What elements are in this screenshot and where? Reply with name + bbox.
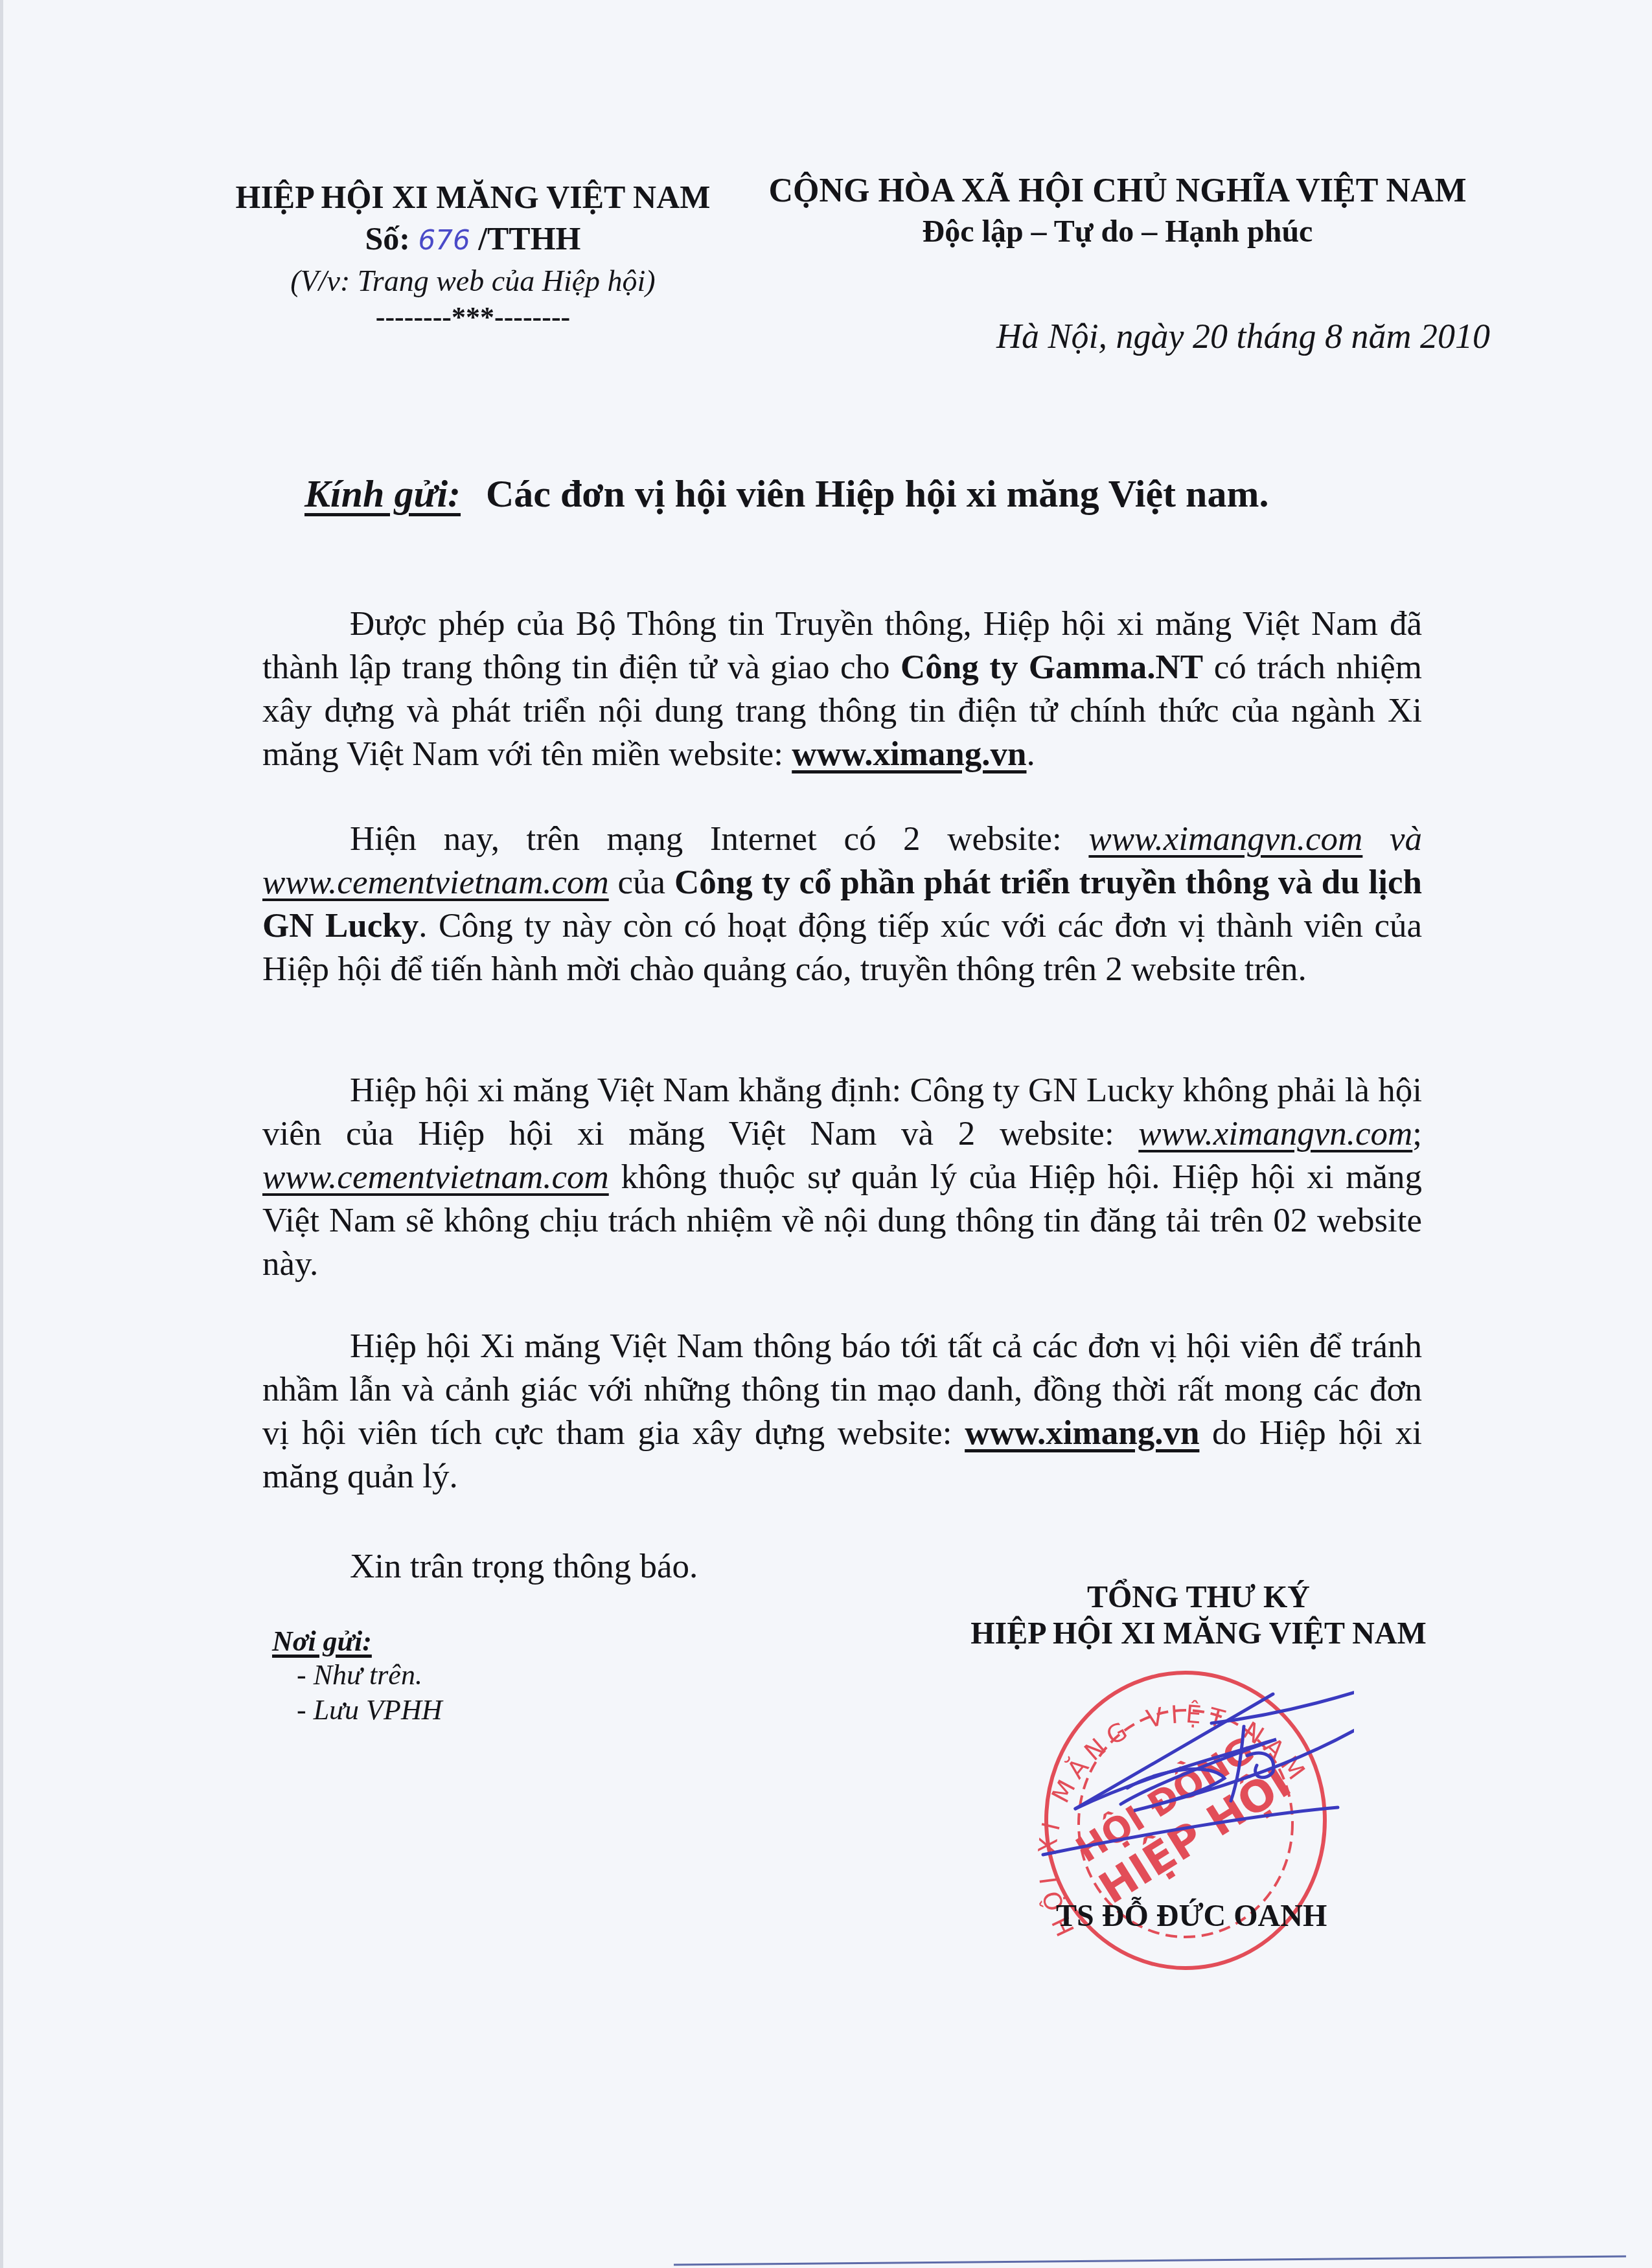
official-stamp-with-signature: HỘI XI MĂNG VIỆT NAM HỘI ĐỒNG HIỆP HỘI xyxy=(1017,1658,1354,1982)
link-ximang-vn[interactable]: www.ximang.vn xyxy=(792,735,1026,773)
number-suffix: /TTHH xyxy=(478,220,580,257)
link-ximangvn-com[interactable]: www.ximangvn.com xyxy=(1138,1115,1412,1152)
header-separator: --------***-------- xyxy=(214,301,732,334)
distribution-item: - Lưu VPHH xyxy=(272,1693,442,1728)
text: . xyxy=(1026,735,1035,773)
issuer-name: HIỆP HỘI XI MĂNG VIỆT NAM xyxy=(214,176,732,218)
scan-edge xyxy=(0,0,3,2268)
number-label: Số: xyxy=(365,220,409,257)
text: của xyxy=(609,864,674,901)
distribution-list: Nơi gửi: - Như trên. - Lưu VPHH xyxy=(272,1625,442,1728)
signature-title: TỔNG THƯ KÝ HIỆP HỘI XI MĂNG VIỆT NAM xyxy=(933,1579,1464,1652)
handwritten-number: 676 xyxy=(418,224,470,256)
recipient-line: Kính gửi: Các đơn vị hội viên Hiệp hội x… xyxy=(304,472,1406,516)
link-ximang-vn[interactable]: www.ximang.vn xyxy=(965,1414,1199,1452)
signer-organization: HIỆP HỘI XI MĂNG VIỆT NAM xyxy=(933,1616,1464,1652)
recipient-label: Kính gửi: xyxy=(304,472,461,515)
link-cementvietnam-com[interactable]: www.cementvietnam.com xyxy=(262,1158,609,1196)
national-motto: Độc lập – Tự do – Hạnh phúc xyxy=(764,212,1471,251)
body-paragraph-2: Hiện nay, trên mạng Internet có 2 websit… xyxy=(262,818,1422,991)
body-paragraph-1: Được phép của Bộ Thông tin Truyền thông,… xyxy=(262,602,1422,776)
text: Hiện nay, trên mạng Internet có 2 websit… xyxy=(350,820,1088,858)
text: ; xyxy=(1412,1115,1422,1152)
text: và xyxy=(1362,820,1422,858)
body-paragraph-3: Hiệp hội xi măng Việt Nam khẳng định: Cô… xyxy=(262,1069,1422,1286)
distribution-item: - Như trên. xyxy=(272,1658,442,1693)
recipient-text: Các đơn vị hội viên Hiệp hội xi măng Việ… xyxy=(486,472,1268,515)
date-line: Hà Nội, ngày 20 tháng 8 năm 2010 xyxy=(920,316,1490,356)
closing-line: Xin trân trọng thông báo. xyxy=(350,1547,698,1586)
body-paragraph-4: Hiệp hội Xi măng Việt Nam thông báo tới … xyxy=(262,1325,1422,1498)
national-header: CỘNG HÒA XÃ HỘI CHỦ NGHĨA VIỆT NAM Độc l… xyxy=(764,170,1471,251)
company-gamma: Công ty Gamma.NT xyxy=(901,648,1203,686)
issuer-header: HIỆP HỘI XI MĂNG VIỆT NAM Số: 676 /TTHH … xyxy=(214,176,732,334)
document-number: Số: 676 /TTHH xyxy=(214,218,732,261)
link-cementvietnam-com[interactable]: www.cementvietnam.com xyxy=(262,864,609,901)
scan-edge xyxy=(674,2256,1626,2266)
signer-position: TỔNG THƯ KÝ xyxy=(933,1579,1464,1616)
signer-name: TS ĐỖ ĐỨC OANH xyxy=(1056,1898,1327,1934)
link-ximangvn-com[interactable]: www.ximangvn.com xyxy=(1088,820,1362,858)
nation-title: CỘNG HÒA XÃ HỘI CHỦ NGHĨA VIỆT NAM xyxy=(764,170,1471,212)
text: . Công ty này còn có hoạt động tiếp xúc … xyxy=(262,907,1422,988)
distribution-title: Nơi gửi: xyxy=(272,1625,442,1658)
document-subject: (V/v: Trang web của Hiệp hội) xyxy=(214,261,732,301)
